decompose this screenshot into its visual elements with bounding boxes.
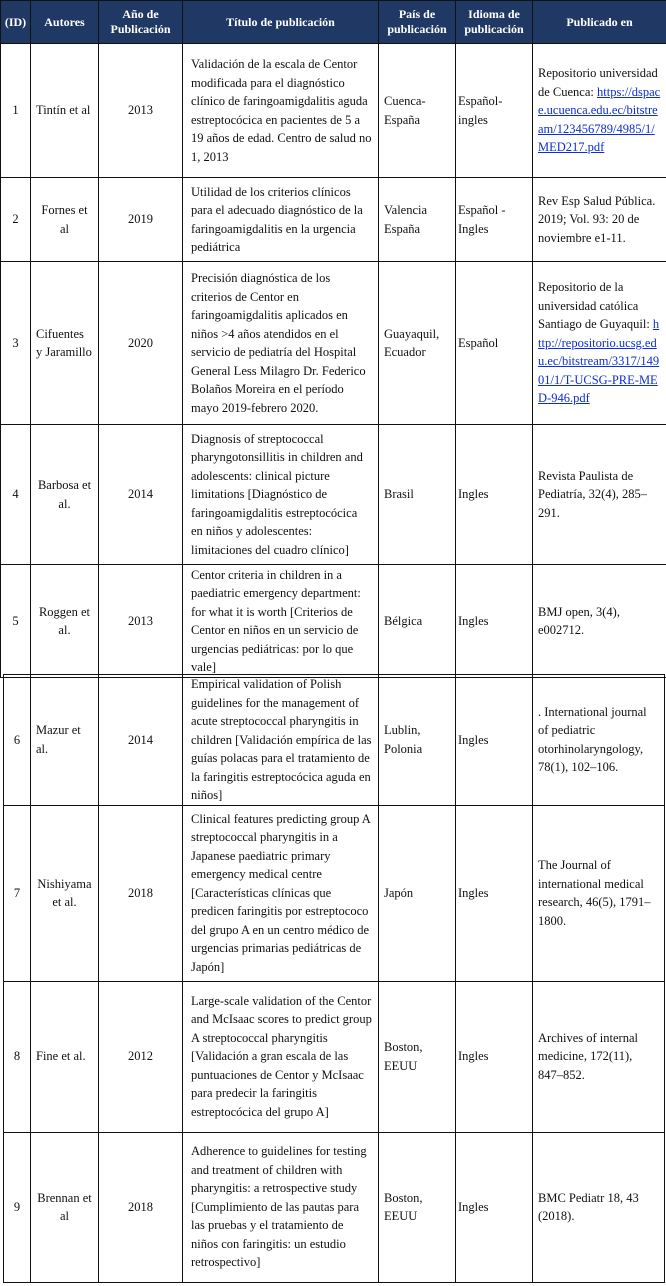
row-authors: Roggen et al. (31, 565, 99, 678)
header-authors: Autores (31, 1, 99, 44)
row-year: 2018 (99, 805, 183, 981)
row-published-in: Archives of internal medicine, 172(11), … (533, 981, 665, 1132)
published-in-text: Repositorio de la universidad católica S… (538, 280, 650, 331)
published-in-text: Archives of internal medicine, 172(11), … (538, 1031, 638, 1082)
row-language: Español (456, 262, 533, 425)
row-country: Valencia España (379, 178, 456, 262)
row-published-in: BMJ open, 3(4), e002712. (533, 565, 666, 678)
header-title: Título de publicación (183, 1, 379, 44)
row-title: Utilidad de los criterios clínicos para … (183, 178, 379, 262)
row-published-in: Repositorio universidad de Cuenca: https… (533, 44, 666, 178)
row-title: Precisión diagnóstica de los criterios d… (183, 262, 379, 425)
row-id: 6 (4, 675, 31, 806)
publications-table-continued: 6Mazur et al.2014Empirical validation of… (3, 674, 665, 1283)
row-language: Ingles (456, 1132, 533, 1282)
header-id: (ID) (1, 1, 31, 44)
published-in-text: . International journal of pediatric oto… (538, 705, 647, 775)
row-year: 2013 (99, 44, 183, 178)
row-title: Clinical features predicting group A str… (183, 805, 379, 981)
row-published-in: Repositorio de la universidad católica S… (533, 262, 666, 425)
row-authors: Brennan et al (31, 1132, 99, 1282)
table-row: 7Nishiyama et al.2018Clinical features p… (4, 805, 665, 981)
row-country: Japón (379, 805, 456, 981)
row-authors: Fine et al. (31, 981, 99, 1132)
table-row: 2Fornes et al2019Utilidad de los criteri… (1, 178, 666, 262)
row-language: Ingles (456, 805, 533, 981)
published-in-text: The Journal of international medical res… (538, 858, 650, 928)
row-title: Centor criteria in children in a paediat… (183, 565, 379, 678)
row-title: Validación de la escala de Centor modifi… (183, 44, 379, 178)
table-row: 1Tintín et al2013Validación de la escala… (1, 44, 666, 178)
row-authors: Nishiyama et al. (31, 805, 99, 981)
row-language: Ingles (456, 565, 533, 678)
row-country: Cuenca- España (379, 44, 456, 178)
row-authors: Fornes et al (31, 178, 99, 262)
row-title: Large-scale validation of the Centor and… (183, 981, 379, 1132)
row-authors: Tintín et al (31, 44, 99, 178)
table-row: 3Cifuentes y Jaramillo2020Precisión diag… (1, 262, 666, 425)
row-published-in: The Journal of international medical res… (533, 805, 665, 981)
table-row: 9Brennan et al2018Adherence to guideline… (4, 1132, 665, 1282)
published-in-text: BMC Pediatr 18, 43 (2018). (538, 1191, 639, 1224)
header-language: Idioma de publicación (456, 1, 533, 44)
row-year: 2013 (99, 565, 183, 678)
row-authors: Cifuentes y Jaramillo (31, 262, 99, 425)
row-language: Ingles (456, 425, 533, 565)
published-in-text: Rev Esp Salud Pública. 2019; Vol. 93: 20… (538, 194, 655, 245)
row-year: 2014 (99, 425, 183, 565)
row-year: 2018 (99, 1132, 183, 1282)
publications-table: (ID) Autores Año de Publicación Título d… (0, 0, 666, 678)
row-language: Ingles (456, 675, 533, 806)
row-year: 2012 (99, 981, 183, 1132)
row-country: Lublin, Polonia (379, 675, 456, 806)
row-id: 5 (1, 565, 31, 678)
table-row: 5Roggen et al.2013Centor criteria in chi… (1, 565, 666, 678)
header-country: País de publicación (379, 1, 456, 44)
row-country: Boston, EEUU (379, 981, 456, 1132)
row-country: Brasil (379, 425, 456, 565)
row-year: 2019 (99, 178, 183, 262)
published-in-text: Revista Paulista de Pediatría, 32(4), 28… (538, 469, 647, 520)
row-year: 2014 (99, 675, 183, 806)
row-language: Español- ingles (456, 44, 533, 178)
row-authors: Barbosa et al. (31, 425, 99, 565)
row-country: Boston, EEUU (379, 1132, 456, 1282)
row-country: Bélgica (379, 565, 456, 678)
row-language: Español - Ingles (456, 178, 533, 262)
row-language: Ingles (456, 981, 533, 1132)
row-id: 3 (1, 262, 31, 425)
row-title: Empirical validation of Polish guideline… (183, 675, 379, 806)
table-row: 6Mazur et al.2014Empirical validation of… (4, 675, 665, 806)
row-published-in: BMC Pediatr 18, 43 (2018). (533, 1132, 665, 1282)
row-id: 7 (4, 805, 31, 981)
table-row: 8Fine et al.2012Large-scale validation o… (4, 981, 665, 1132)
row-id: 2 (1, 178, 31, 262)
row-published-in: . International journal of pediatric oto… (533, 675, 665, 806)
published-in-text: BMJ open, 3(4), e002712. (538, 605, 620, 638)
header-year: Año de Publicación (99, 1, 183, 44)
header-row: (ID) Autores Año de Publicación Título d… (1, 1, 666, 44)
header-published-in: Publicado en (533, 1, 666, 44)
row-title: Diagnosis of streptococcal pharyngotonsi… (183, 425, 379, 565)
row-country: Guayaquil, Ecuador (379, 262, 456, 425)
row-authors: Mazur et al. (31, 675, 99, 806)
table-row: 4Barbosa et al.2014Diagnosis of streptoc… (1, 425, 666, 565)
row-published-in: Revista Paulista de Pediatría, 32(4), 28… (533, 425, 666, 565)
row-published-in: Rev Esp Salud Pública. 2019; Vol. 93: 20… (533, 178, 666, 262)
row-id: 1 (1, 44, 31, 178)
row-id: 9 (4, 1132, 31, 1282)
row-title: Adherence to guidelines for testing and … (183, 1132, 379, 1282)
row-id: 8 (4, 981, 31, 1132)
row-year: 2020 (99, 262, 183, 425)
row-id: 4 (1, 425, 31, 565)
